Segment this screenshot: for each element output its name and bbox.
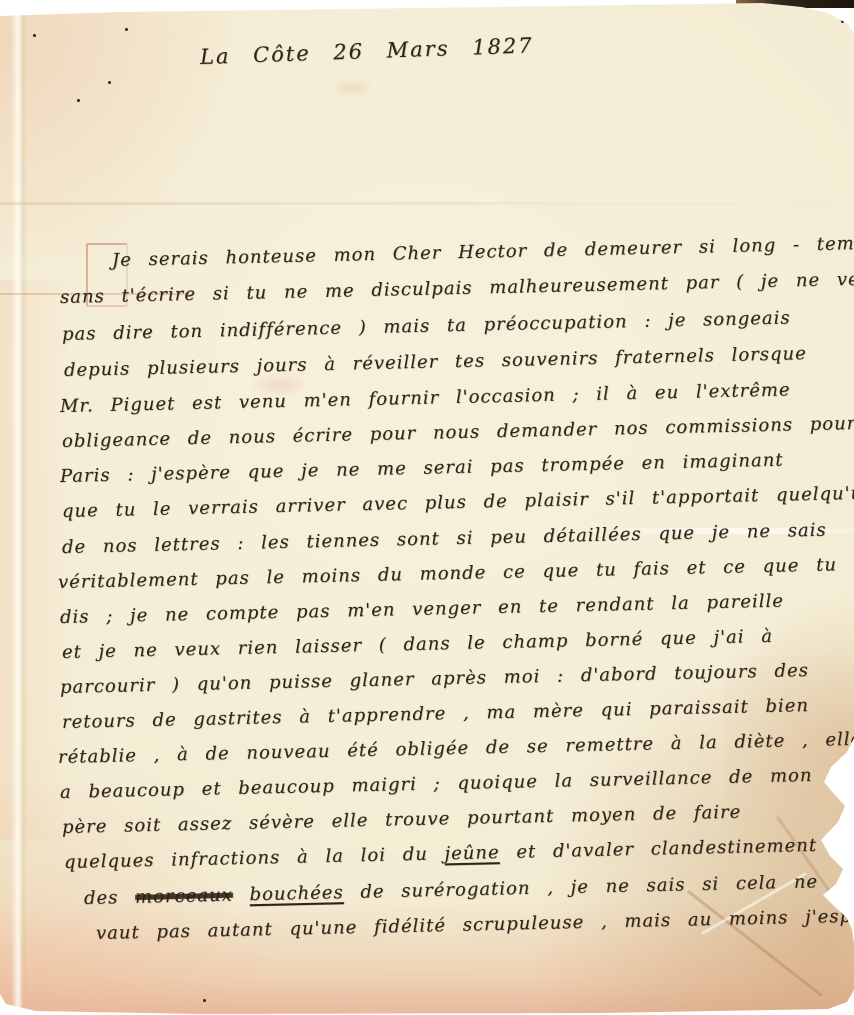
line-text: des <box>84 887 136 909</box>
handwritten-line: que tu le verrais arriver avec plus de p… <box>62 482 854 522</box>
underlined-word: jeûne <box>444 842 500 864</box>
underlined-word: bouchées <box>249 882 344 905</box>
handwritten-line: et je ne veux rien laisser ( dans le cha… <box>62 626 773 663</box>
handwritten-line: parcourir ) qu'on puisse glaner après mo… <box>60 660 809 698</box>
scanned-letter-photo: La Côte 26 Mars 1827 Je serais honteuse … <box>0 0 854 1015</box>
ink-speck <box>33 34 36 37</box>
ink-speck <box>77 99 80 102</box>
handwritten-line: depuis plusieurs jours à réveiller tes s… <box>64 343 807 381</box>
handwritten-line: quelques infractions à la loi du jeûne e… <box>64 835 818 873</box>
handwritten-line: retours de gastrites à t'apprendre , ma … <box>62 695 809 733</box>
handwritten-line: sans t'écrire si tu ne me disculpais mal… <box>60 268 854 308</box>
handwritten-line: obligeance de nous écrire pour nous dema… <box>62 413 854 452</box>
handwritten-line: Je serais honteuse mon Cher Hector de de… <box>112 233 854 271</box>
handwritten-line: pas dire ton indifférence ) mais ta préo… <box>62 307 791 345</box>
handwritten-line: a beaucoup et beaucoup maigri ; quoique … <box>60 765 813 803</box>
ink-speck <box>203 999 206 1002</box>
handwritten-line: vaut pas autant qu'une fidélité scrupule… <box>96 905 854 944</box>
ink-speck <box>108 81 111 84</box>
handwritten-line: rétablie , à de nouveau été obligée de s… <box>58 729 854 768</box>
letter-paper: La Côte 26 Mars 1827 Je serais honteuse … <box>0 0 854 1015</box>
handwritten-line: Paris : j'espère que je ne me serai pas … <box>60 450 784 487</box>
ink-smudge <box>330 78 376 98</box>
handwritten-line: dis ; je ne compte pas m'en venger en te… <box>60 591 784 628</box>
dateline: La Côte 26 Mars 1827 <box>200 33 534 69</box>
struck-word: morceaux <box>135 885 233 908</box>
line-text: et d'avaler clandestinement <box>499 835 817 863</box>
line-text: de surérogation , je ne sais si cela ne <box>343 871 818 903</box>
crease-line-upper <box>0 202 854 205</box>
handwritten-line: père soit assez sévère elle trouve pourt… <box>62 802 742 838</box>
handwritten-line: Mr. Piguet est venu m'en fournir l'occas… <box>60 379 791 417</box>
handwritten-line: de nos lettres : les tiennes sont si peu… <box>62 520 827 558</box>
handwritten-line: véritablement pas le moins du monde ce q… <box>58 554 837 593</box>
ink-speck <box>841 20 844 23</box>
fold-line-left <box>11 0 27 1015</box>
line-text: quelques infractions à la loi du <box>64 843 445 873</box>
handwritten-line: des morceaux bouchées de surérogation , … <box>84 871 819 909</box>
paper-stain-top-left <box>0 0 280 260</box>
ink-speck <box>125 28 128 31</box>
